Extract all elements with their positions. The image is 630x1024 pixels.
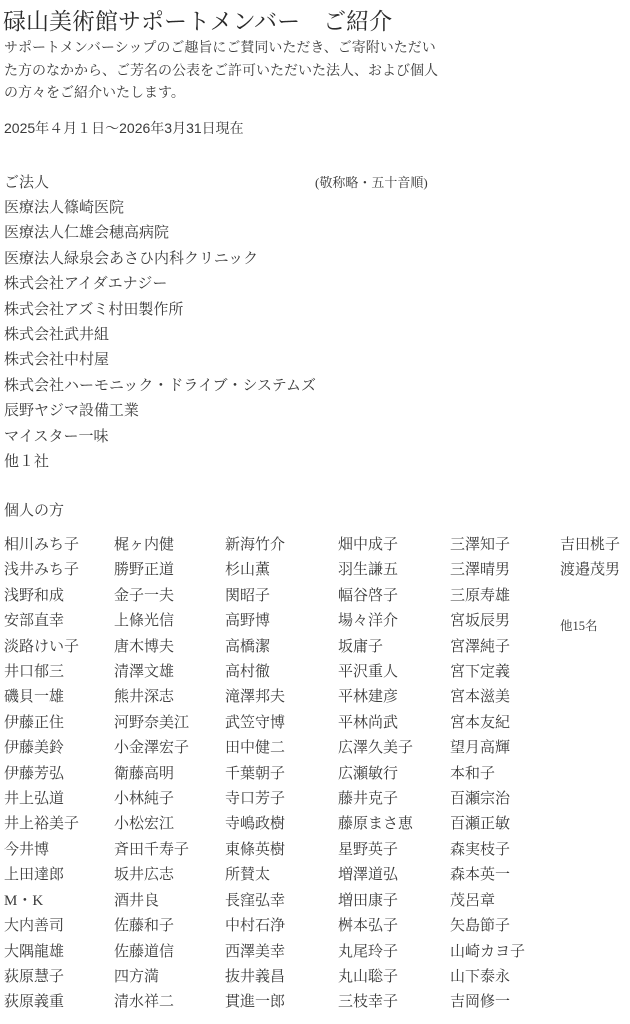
person-name: 森本英一	[450, 863, 560, 888]
person-name: 高野博	[225, 609, 335, 634]
person-name: 淡路けい子	[4, 635, 114, 660]
corporate-list: 医療法人篠崎医院医療法人仁雄会穂高病院医療法人緑泉会あさひ内科クリニック株式会社…	[4, 196, 316, 475]
person-name: 貫進一郎	[225, 990, 335, 1015]
corporate-member: 医療法人篠崎医院	[4, 196, 316, 221]
person-name: 酒井良	[114, 889, 224, 914]
person-name: 小金澤宏子	[114, 736, 224, 761]
intro-line: の方々をご紹介いたします。	[4, 81, 438, 104]
person-name: 長窪弘幸	[225, 889, 335, 914]
person-name: 佐藤道信	[114, 940, 224, 965]
person-name: 金子一夫	[114, 584, 224, 609]
person-name: 三澤知子	[450, 533, 560, 558]
person-name: 荻原義重	[4, 990, 114, 1015]
person-name: 坂井広志	[114, 863, 224, 888]
person-name: 西澤美幸	[225, 940, 335, 965]
person-name: 安部直幸	[4, 609, 114, 634]
person-name: 広澤久美子	[338, 736, 448, 761]
person-name: 宮下定義	[450, 660, 560, 685]
person-name: 相川みち子	[4, 533, 114, 558]
person-name: 清水祥二	[114, 990, 224, 1015]
intro-line: た方のなかから、ご芳名の公表をご許可いただいた法人、および個人	[4, 59, 438, 82]
person-name: 茂呂章	[450, 889, 560, 914]
corporate-member: 医療法人仁雄会穂高病院	[4, 221, 316, 246]
person-name: 千葉朝子	[225, 762, 335, 787]
person-name: 畑中成子	[338, 533, 448, 558]
person-name: 伊藤正住	[4, 711, 114, 736]
corporate-member: 株式会社ハーモニック・ドライブ・システムズ	[4, 374, 316, 399]
person-name: 斉田千寿子	[114, 838, 224, 863]
person-name: 平林建彦	[338, 685, 448, 710]
corporate-member: 株式会社中村屋	[4, 348, 316, 373]
corporate-member: 他１社	[4, 450, 316, 475]
person-name: 上條光信	[114, 609, 224, 634]
person-name: 磯貝一雄	[4, 685, 114, 710]
intro-line: サポートメンバーシップのご趣旨にご賛同いただき、ご寄附いただい	[4, 36, 438, 59]
person-name: 広瀬敏行	[338, 762, 448, 787]
person-name: 平沢重人	[338, 660, 448, 685]
individual-column-1: 相川みち子浅井みち子浅野和成安部直幸淡路けい子井口郁三磯貝一雄伊藤正住伊藤美鈴伊…	[4, 533, 114, 1016]
person-name: 宮坂辰男	[450, 609, 560, 634]
person-name: 宮澤純子	[450, 635, 560, 660]
person-name: 本和子	[450, 762, 560, 787]
person-name: 三澤晴男	[450, 558, 560, 583]
person-name: 幅谷啓子	[338, 584, 448, 609]
person-name: 伊藤芳弘	[4, 762, 114, 787]
person-name: 今井博	[4, 838, 114, 863]
person-name: 三枝幸子	[338, 990, 448, 1015]
person-name: 望月高輝	[450, 736, 560, 761]
person-name: 熊井深志	[114, 685, 224, 710]
person-name: 田中健二	[225, 736, 335, 761]
person-name: 武笠守博	[225, 711, 335, 736]
person-name: 吉岡修一	[450, 990, 560, 1015]
corporate-member: 辰野ヤジマ設備工業	[4, 399, 316, 424]
person-name: 増田康子	[338, 889, 448, 914]
corporate-note: (敬称略・五十音順)	[315, 172, 428, 191]
person-name: 坂庸子	[338, 635, 448, 660]
person-name: 山崎カヨ子	[450, 940, 560, 965]
person-name: 百瀬正敏	[450, 812, 560, 837]
person-name: 場々洋介	[338, 609, 448, 634]
person-name: 衛藤高明	[114, 762, 224, 787]
person-name: 高橋潔	[225, 635, 335, 660]
person-name: 大隅龍雄	[4, 940, 114, 965]
person-name: 星野英子	[338, 838, 448, 863]
individual-column-4: 畑中成子羽生謙五幅谷啓子場々洋介坂庸子平沢重人平林建彦平林尚武広澤久美子広瀬敏行…	[338, 533, 448, 1016]
page-title: 碌山美術館サポートメンバー ご紹介	[3, 3, 392, 36]
others-count-note: 他15名	[560, 616, 598, 634]
person-name: 勝野正道	[114, 558, 224, 583]
corporate-heading: ご法人	[4, 171, 49, 192]
person-name: 新海竹介	[225, 533, 335, 558]
person-name: 井口郁三	[4, 660, 114, 685]
person-name: 上田達郎	[4, 863, 114, 888]
person-name: 東條英樹	[225, 838, 335, 863]
corporate-member: 株式会社武井組	[4, 323, 316, 348]
period-text: 2025年４月１日～2026年3月31日現在	[4, 118, 244, 138]
person-name: 井上裕美子	[4, 812, 114, 837]
person-name: 桝本弘子	[338, 914, 448, 939]
individual-column-2: 梶ヶ内健勝野正道金子一夫上條光信唐木博夫清澤文雄熊井深志河野奈美江小金澤宏子衛藤…	[114, 533, 224, 1016]
person-name: 佐藤和子	[114, 914, 224, 939]
corporate-member: 医療法人緑泉会あさひ内科クリニック	[4, 247, 316, 272]
person-name: 小松宏江	[114, 812, 224, 837]
person-name: 平林尚武	[338, 711, 448, 736]
person-name: 抜井義昌	[225, 965, 335, 990]
person-name: 宮本友紀	[450, 711, 560, 736]
person-name: 藤原まさ恵	[338, 812, 448, 837]
person-name: 関昭子	[225, 584, 335, 609]
person-name: 三原寿雄	[450, 584, 560, 609]
individual-column-5: 三澤知子三澤晴男三原寿雄宮坂辰男宮澤純子宮下定義宮本滋美宮本友紀望月高輝本和子百…	[450, 533, 560, 1016]
person-name: 丸山聡子	[338, 965, 448, 990]
person-name: 四方満	[114, 965, 224, 990]
person-name: 梶ヶ内健	[114, 533, 224, 558]
person-name: 荻原慧子	[4, 965, 114, 990]
person-name: 渡邉茂男	[560, 558, 630, 583]
page: 碌山美術館サポートメンバー ご紹介 サポートメンバーシップのご趣旨にご賛同いただ…	[0, 0, 630, 1024]
person-name: 宮本滋美	[450, 685, 560, 710]
person-name: 浅井みち子	[4, 558, 114, 583]
person-name: 寺口芳子	[225, 787, 335, 812]
person-name: 高村徹	[225, 660, 335, 685]
corporate-member: 株式会社アイダエナジー	[4, 272, 316, 297]
person-name: 藤井克子	[338, 787, 448, 812]
corporate-member: マイスター一味	[4, 425, 316, 450]
corporate-member: 株式会社アズミ村田製作所	[4, 298, 316, 323]
individual-column-3: 新海竹介杉山薫関昭子高野博高橋潔高村徹滝澤邦夫武笠守博田中健二千葉朝子寺口芳子寺…	[225, 533, 335, 1016]
person-name: 伊藤美鈴	[4, 736, 114, 761]
person-name: 増澤道弘	[338, 863, 448, 888]
individual-column-6: 吉田桃子渡邉茂男	[560, 533, 630, 584]
person-name: 森実枝子	[450, 838, 560, 863]
person-name: 浅野和成	[4, 584, 114, 609]
person-name: M・K	[4, 889, 114, 914]
person-name: 所賛太	[225, 863, 335, 888]
person-name: 清澤文雄	[114, 660, 224, 685]
person-name: 唐木博夫	[114, 635, 224, 660]
individual-heading: 個人の方	[4, 499, 64, 520]
person-name: 羽生謙五	[338, 558, 448, 583]
person-name: 山下泰永	[450, 965, 560, 990]
intro-paragraph: サポートメンバーシップのご趣旨にご賛同いただき、ご寄附いただい た方のなかから、…	[4, 36, 438, 104]
person-name: 河野奈美江	[114, 711, 224, 736]
person-name: 百瀬宗治	[450, 787, 560, 812]
person-name: 小林純子	[114, 787, 224, 812]
person-name: 矢島節子	[450, 914, 560, 939]
person-name: 丸尾玲子	[338, 940, 448, 965]
person-name: 杉山薫	[225, 558, 335, 583]
person-name: 滝澤邦夫	[225, 685, 335, 710]
person-name: 大内善司	[4, 914, 114, 939]
person-name: 吉田桃子	[560, 533, 630, 558]
person-name: 井上弘道	[4, 787, 114, 812]
person-name: 中村石浄	[225, 914, 335, 939]
person-name: 寺嶋政樹	[225, 812, 335, 837]
